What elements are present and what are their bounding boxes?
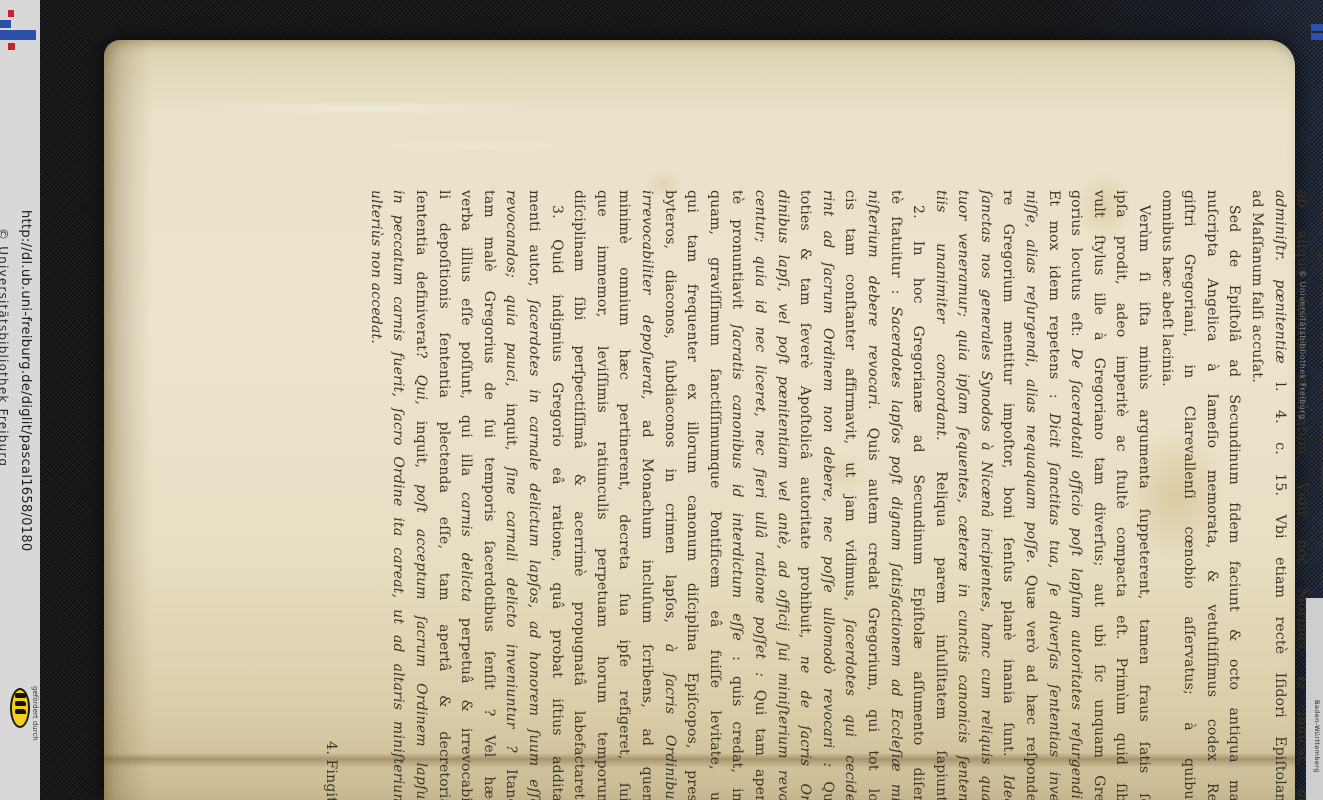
- right-logo-fragment-bottom: [1311, 33, 1323, 40]
- text-line: tuor veneramur; quia ipſam ſequentes, cæ…: [949, 190, 972, 800]
- text-line: Verùm ſi iſta minùs argumenta ſuppeteren…: [1129, 190, 1152, 800]
- text-line: niſſe, alias reſurgendi, alias nequaquam…: [1017, 190, 1040, 800]
- text-line: Sed de Epiſtolâ ad Secundinum fidem faci…: [1220, 190, 1243, 800]
- logo-red-square-top: [8, 10, 14, 17]
- text-line: que immemor, leviſſimis ratiunculis perp…: [587, 190, 610, 800]
- text-line: cis tam conſtanter affirmavit, ut jam vi…: [836, 190, 859, 800]
- text-line: re Gregorium mentitur impoſtor, boni ſen…: [994, 190, 1017, 800]
- text-line: diſciplinam ſibi perſpectiſſimâ & acerri…: [565, 190, 588, 800]
- text-line: quam, graviſſimum ſanctiſſimumque Pontif…: [700, 190, 723, 800]
- text-line: centur; quia id nec liceret, nec fieri u…: [745, 190, 768, 800]
- text-line: tiis unanimiter concordant. Reliqua pare…: [926, 190, 949, 800]
- text-line: irrevocabiliter depoſuerat, ad Monachum …: [632, 190, 655, 800]
- text-line: toties & tam ſeverè Apoſtolicâ autoritat…: [791, 190, 814, 800]
- text-line: revocandos; quia pauci, inquit, ſine car…: [497, 190, 520, 800]
- copyright-right: © Universitätsbibliothek Freiburg: [1298, 270, 1307, 420]
- text-line: tè ſtatuitur : Sacerdotes lapſos poſt di…: [881, 190, 904, 800]
- text-line: ad Maſſanum falſi accuſat.: [1242, 190, 1265, 800]
- catchword: 4. Fingit: [323, 741, 339, 800]
- baden-wuerttemberg-arms: [10, 688, 30, 728]
- source-url: http://dl.ub.uni-freiburg.de/diglit/pasc…: [18, 210, 33, 551]
- catchword-line: 4. Fingit: [316, 190, 339, 800]
- left-frame-strip: http://dl.ub.uni-freiburg.de/diglit/pasc…: [0, 0, 40, 800]
- text-line: niſterium debere revocari. Quis autem cr…: [858, 190, 881, 800]
- text-line: ſanctas nos generales Synodos à Nicænâ i…: [971, 190, 994, 800]
- text-line: tè pronuntiavit ſacratis canonibus id in…: [723, 190, 746, 800]
- region-label: Baden-Württemberg: [1313, 700, 1321, 773]
- logo-red-square-bottom: [8, 43, 15, 50]
- text-line: dinibus lapſi, vel poſt pœnitentiam vel …: [768, 190, 791, 800]
- text-line: adminiſtr. pœnitentiæ l. 4. c. 15. Vbi e…: [1265, 190, 1288, 800]
- text-line: rint ad ſacrum Ordinem non debere, nec p…: [813, 190, 836, 800]
- text-line: Et mox idem repetens : Dicit ſanctitas t…: [1039, 190, 1062, 800]
- text-line: byteros, diaconos, ſubdiaconos in crimen…: [655, 190, 678, 800]
- text-line: 3. Quid indignius Gregorio eâ ratione, q…: [542, 190, 565, 800]
- text-line: ipſa prodit, adeo imperitè ac ſtultè com…: [1107, 190, 1130, 800]
- copyright-left: © Universitätsbibliothek Freiburg: [0, 228, 10, 467]
- text-line: in peccatum carnis fuerit, ſacro Ordine …: [384, 190, 407, 800]
- text-line: menti autor, ſacerdotes in carnale delic…: [519, 190, 542, 800]
- text-line: nuſcripta Angelica à Iameſio memorata, &…: [1197, 190, 1220, 800]
- page-text-block: 846 In Epist. Sext. Not. II. Sectio III.…: [316, 190, 1323, 800]
- text-line: tam malè Gregorius de ſui temporis ſacer…: [474, 190, 497, 800]
- text-line: gorius locutus eſt: De ſacerdotali offic…: [1062, 190, 1085, 800]
- text-line: qui tam frequenter ex illorum canonum di…: [678, 190, 701, 800]
- logo-blue-bar-short: [0, 20, 11, 28]
- text-line: giſtri Gregoriani, in Clarevallenſi cœno…: [1175, 190, 1198, 800]
- text-line: 2. In hoc Gregorianæ ad Secundinum Epiſt…: [904, 190, 927, 800]
- text-line: li depoſitionis ſententia plectenda eſſe…: [429, 190, 452, 800]
- scan-viewport: 846 In Epist. Sext. Not. II. Sectio III.…: [0, 0, 1323, 800]
- right-logo-fragment-top: [1311, 24, 1323, 31]
- text-line: ulteriùs non accedat.: [361, 190, 384, 800]
- funded-by-label: gefördert durch: [31, 686, 39, 741]
- text-lines: eſurgendi autoritates ſcriberet. Iam dud…: [361, 190, 1323, 800]
- text-line: minimè omnium hæc pertinerent, decreta ſ…: [610, 190, 633, 800]
- logo-blue-bar-long: [0, 30, 36, 40]
- text-line: ſententia definiverat? Qui, inquit, poſt…: [406, 190, 429, 800]
- text-line: vult ſtylus ille à Gregoriano tam diverſ…: [1084, 190, 1107, 800]
- book-page: 846 In Epist. Sext. Not. II. Sectio III.…: [104, 40, 1295, 800]
- text-line: verba illius eſſe poſſunt, qui illa carn…: [452, 190, 475, 800]
- text-line: omnibus hæc abeſt lacinia.: [1152, 190, 1175, 800]
- ub-freiburg-logo: [0, 0, 40, 60]
